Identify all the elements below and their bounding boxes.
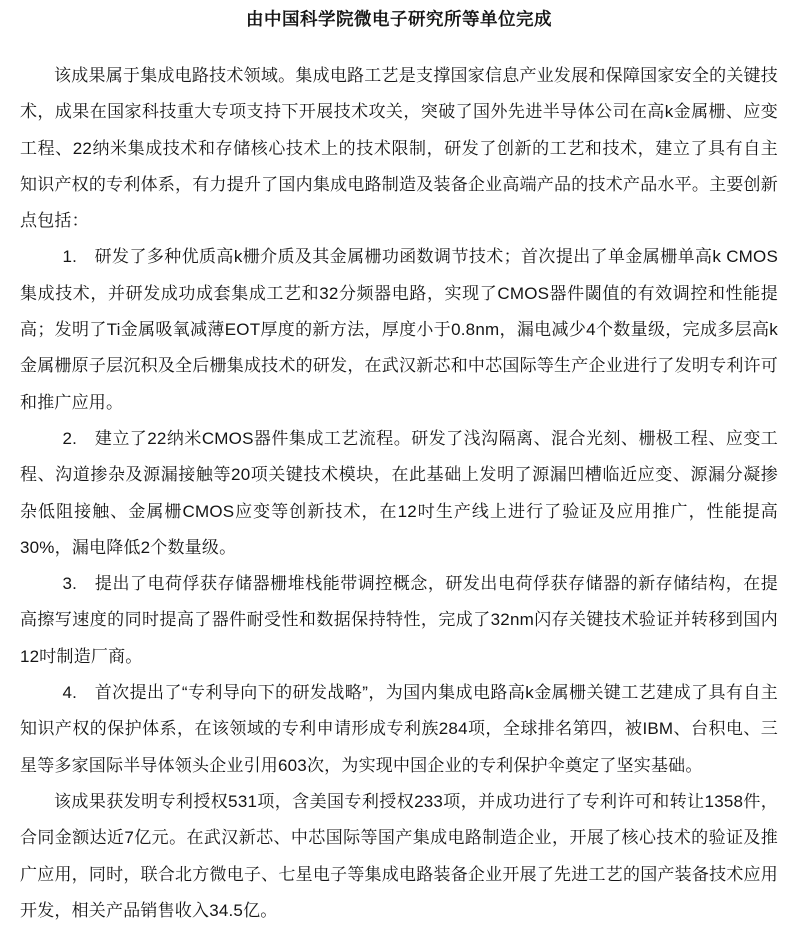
innovation-point-1: 1. 研发了多种优质高k栅介质及其金属栅功函数调节技术；首次提出了单金属栅单高k… [20,239,778,420]
summary-paragraph: 该成果获发明专利授权531项，含美国专利授权233项，并成功进行了专利许可和转让… [20,784,778,929]
document-page: 由中国科学院微电子研究所等单位完成 该成果属于集成电路技术领域。集成电路工艺是支… [0,0,800,933]
innovation-point-2: 2. 建立了22纳米CMOS器件集成工艺流程。研发了浅沟隔离、混合光刻、栅极工程… [20,421,778,566]
document-title: 由中国科学院微电子研究所等单位完成 [20,2,778,36]
innovation-point-3: 3. 提出了电荷俘获存储器栅堆栈能带调控概念，研发出电荷俘获存储器的新存储结构，… [20,566,778,675]
document-body: 该成果属于集成电路技术领域。集成电路工艺是支撑国家信息产业发展和保障国家安全的关… [20,58,778,929]
innovation-point-4: 4. 首次提出了“专利导向下的研发战略”，为国内集成电路高k金属栅关键工艺建成了… [20,675,778,784]
intro-paragraph: 该成果属于集成电路技术领域。集成电路工艺是支撑国家信息产业发展和保障国家安全的关… [20,58,778,239]
